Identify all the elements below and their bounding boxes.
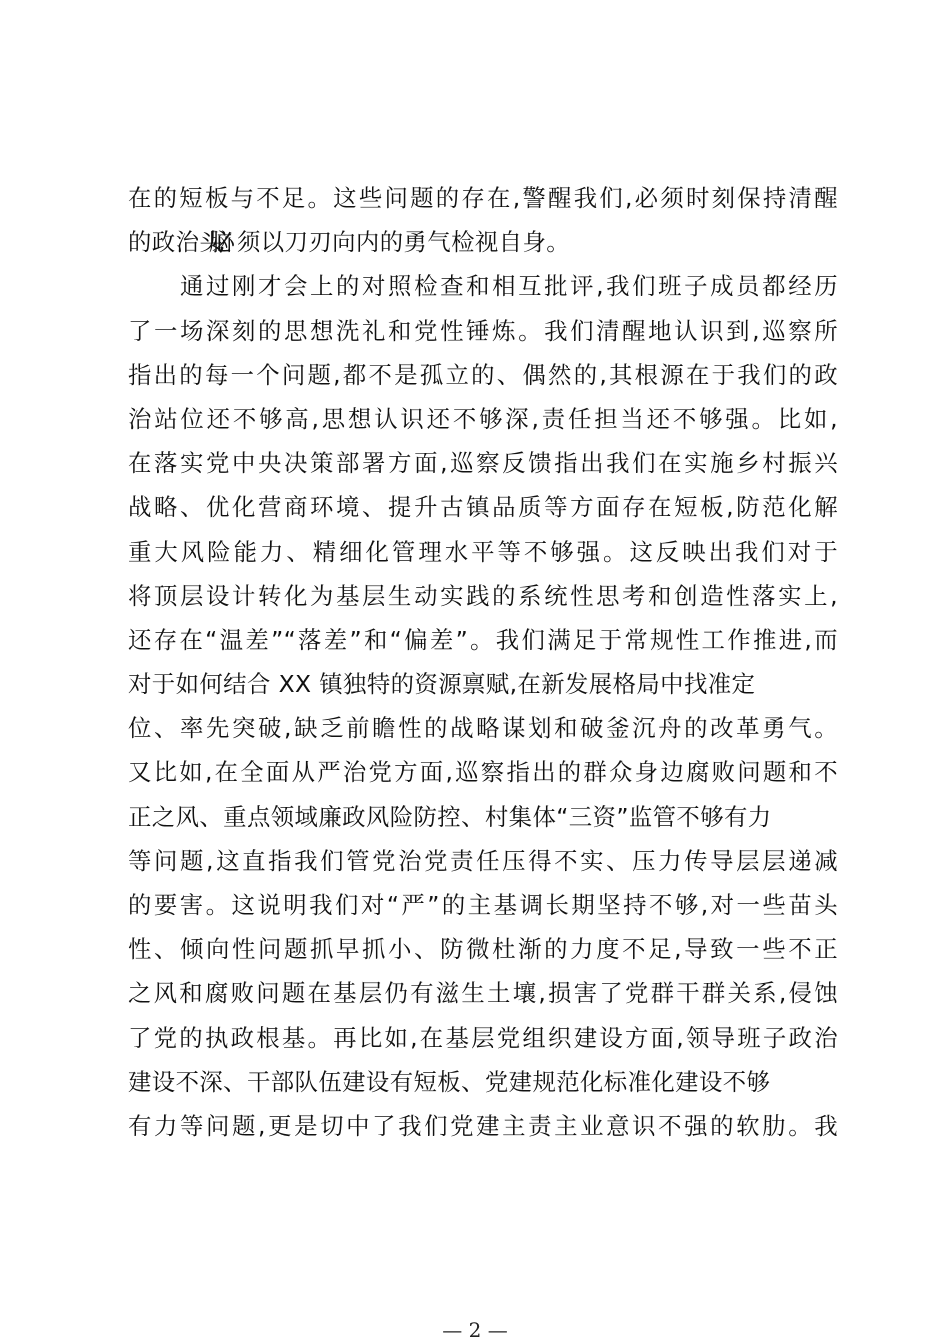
overlapping-text: 头脑,必 bbox=[199, 220, 221, 264]
text-line-21: 建设不深、干部队伍建设有短板、党建规范化标准化建设不够 bbox=[128, 1060, 838, 1104]
text-line-3: 通过刚才会上的对照检查和相互批评,我们班子成员都经历 bbox=[128, 264, 838, 308]
text-line-15: 正之风、重点领域廉政风险防控、村集体“三资”监管不够有力 bbox=[128, 795, 838, 839]
text-line-1: 在的短板与不足。这些问题的存在,警醒我们,必须时刻保持清醒 bbox=[128, 176, 838, 220]
text-line-5: 指出的每一个问题,都不是孤立的、偶然的,其根源在于我们的政 bbox=[128, 353, 838, 397]
text-line-2-start: 的政治 bbox=[128, 228, 199, 256]
text-line-7: 在落实党中央决策部署方面,巡察反馈指出我们在实施乡村振兴 bbox=[128, 441, 838, 485]
text-line-14: 又比如,在全面从严治党方面,巡察指出的群众身边腐败问题和不 bbox=[128, 750, 838, 794]
text-line-16: 等问题,这直指我们管党治党责任压得不实、压力传导层层递减 bbox=[128, 839, 838, 883]
text-line-22: 有力等问题,更是切中了我们党建主责主业意识不强的软肋。我 bbox=[128, 1104, 838, 1148]
text-line-9: 重大风险能力、精细化管理水平等不够强。这反映出我们对于 bbox=[128, 530, 838, 574]
text-line-18: 性、倾向性问题抓早抓小、防微杜渐的力度不足,导致一些不正 bbox=[128, 927, 838, 971]
text-line-10: 将顶层设计转化为基层生动实践的系统性思考和创造性落实上, bbox=[128, 574, 838, 618]
document-page: 在的短板与不足。这些问题的存在,警醒我们,必须时刻保持清醒 的政治头脑,必须以刀… bbox=[0, 0, 950, 1344]
text-line-2-end: 须以刀刃向内的勇气检视自身。 bbox=[237, 228, 570, 256]
text-line-8: 战略、优化营商环境、提升古镇品质等方面存在短板,防范化解 bbox=[128, 485, 838, 529]
text-line-13: 位、率先突破,缺乏前瞻性的战略谋划和破釜沉舟的改革勇气。 bbox=[128, 706, 838, 750]
text-line-19: 之风和腐败问题在基层仍有滋生土壤,损害了党群干群关系,侵蚀 bbox=[128, 971, 838, 1015]
text-line-2: 的政治头脑,必须以刀刃向内的勇气检视自身。 bbox=[128, 220, 838, 264]
text-line-11: 还存在“温差”“落差”和“偏差”。我们满足于常规性工作推进,而 bbox=[128, 618, 838, 662]
text-line-6: 治站位还不够高,思想认识还不够深,责任担当还不够强。比如, bbox=[128, 397, 838, 441]
text-line-12: 对于如何结合 XX 镇独特的资源禀赋,在新发展格局中找准定 bbox=[128, 662, 838, 706]
body-text: 在的短板与不足。这些问题的存在,警醒我们,必须时刻保持清醒 的政治头脑,必须以刀… bbox=[128, 176, 838, 1148]
text-line-4: 了一场深刻的思想洗礼和党性锤炼。我们清醒地认识到,巡察所 bbox=[128, 309, 838, 353]
text-line-17: 的要害。这说明我们对“严”的主基调长期坚持不够,对一些苗头 bbox=[128, 883, 838, 927]
page-number: — 2 — bbox=[0, 1318, 950, 1342]
text-line-20: 了党的执政根基。再比如,在基层党组织建设方面,领导班子政治 bbox=[128, 1016, 838, 1060]
